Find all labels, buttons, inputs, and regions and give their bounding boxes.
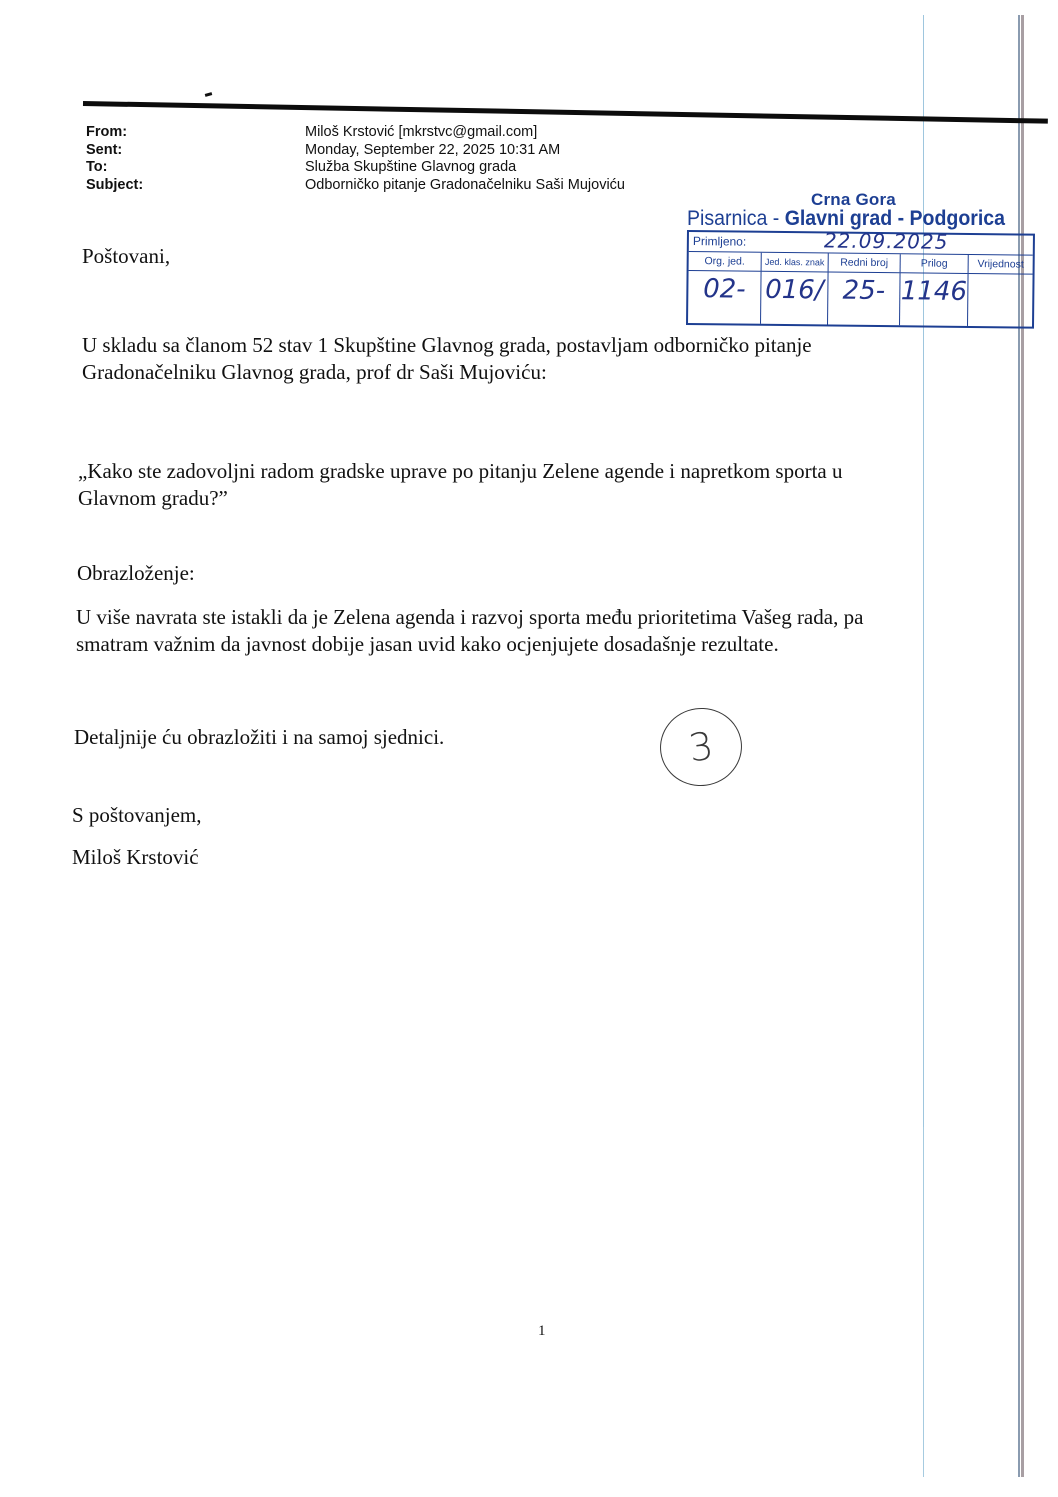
sent-value: Monday, September 22, 2025 10:31 AM (305, 142, 560, 160)
reason-line: smatram važnim da javnost dobije jasan u… (76, 631, 863, 658)
intro-paragraph: U skladu sa članom 52 stav 1 Skupštine G… (82, 332, 812, 386)
stamp-column-class-code: Jed. klas. znak 016/ (761, 253, 829, 325)
reason-paragraph: U više navrata ste istakli da je Zelena … (76, 604, 863, 658)
page-number: 1 (538, 1318, 546, 1345)
stamp-column-attachment: Prilog 1146 (900, 254, 969, 326)
email-header-divider (83, 101, 1048, 124)
sent-label: Sent: (86, 142, 305, 160)
stamp-office-city: Glavni grad (785, 207, 892, 230)
stamp-separator: - (767, 207, 784, 230)
email-to-row: To: Služba Skupštine Glavnog grada (86, 159, 625, 177)
stamp-table: Primljeno: 22.09.2025 Org. jed. 02- Jed.… (686, 230, 1035, 329)
scanned-document-page: From: Miloš Krstović [mkrstvc@gmail.com]… (0, 0, 1058, 1497)
email-from-row: From: Miloš Krstović [mkrstvc@gmail.com] (86, 124, 625, 142)
question-line: „Kako ste zadovoljni radom gradske uprav… (78, 458, 843, 485)
handwritten-circled-number: 3 (655, 703, 747, 792)
stamp-office: Pisarnica - Glavni grad - Podgorica (687, 207, 1005, 231)
from-label: From: (86, 124, 305, 142)
stamp-column-value: 25- (828, 275, 899, 306)
stamp-column-header: Prilog (901, 254, 968, 274)
signature-name: Miloš Krstović (72, 844, 199, 871)
stamp-columns: Org. jed. 02- Jed. klas. znak 016/ Redni… (688, 252, 1033, 327)
salutation: Poštovani, (82, 243, 170, 270)
subject-value: Odborničko pitanje Gradonačelniku Saši M… (305, 177, 625, 195)
email-header: From: Miloš Krstović [mkrstvc@gmail.com]… (86, 124, 625, 194)
scan-artifact-line (923, 1127, 924, 1477)
stamp-column-value: 1146 (900, 276, 967, 307)
reason-heading: Obrazloženje: (77, 560, 195, 587)
to-label: To: (86, 159, 305, 177)
scan-artifact-line (923, 15, 924, 1127)
stamp-office-town: Podgorica (910, 207, 1005, 230)
stamp-column-header: Org. jed. (689, 252, 761, 272)
intro-line: Gradonačelniku Glavnog grada, prof dr Sa… (82, 359, 812, 386)
stamp-column-header: Redni broj (829, 253, 900, 273)
closing-regards: S poštovanjem, (72, 802, 202, 829)
stamp-separator: - (892, 207, 909, 230)
stamp-column-header: Jed. klas. znak (762, 253, 828, 273)
reason-line: U više navrata ste istakli da je Zelena … (76, 604, 863, 631)
question-line: Glavnom gradu?” (78, 485, 843, 512)
stamp-column-value (969, 277, 1033, 278)
received-date-handwritten: 22.09.2025 (824, 228, 949, 253)
closing-note: Detaljnije ću obrazložiti i na samoj sje… (74, 724, 444, 751)
email-sent-row: Sent: Monday, September 22, 2025 10:31 A… (86, 142, 625, 160)
stamp-office-registry: Pisarnica (687, 207, 767, 230)
from-value: Miloš Krstović [mkrstvc@gmail.com] (305, 124, 537, 142)
intro-line: U skladu sa članom 52 stav 1 Skupštine G… (82, 332, 812, 359)
question-paragraph: „Kako ste zadovoljni radom gradske uprav… (78, 458, 843, 512)
stamp-column-header: Vrijednost (969, 255, 1033, 275)
email-subject-row: Subject: Odborničko pitanje Gradonačelni… (86, 177, 625, 195)
subject-label: Subject: (86, 177, 305, 195)
stamp-column-serial: Redni broj 25- (828, 253, 901, 325)
stamp-column-value: 02- (688, 274, 760, 305)
stamp-column-value-field: Vrijednost (968, 255, 1033, 327)
scan-speck (205, 92, 213, 97)
stamp-column-org-unit: Org. jed. 02- (688, 252, 762, 324)
to-value: Služba Skupštine Glavnog grada (305, 159, 516, 177)
stamp-column-value: 016/ (761, 275, 827, 306)
received-label: Primljeno: (693, 234, 747, 249)
